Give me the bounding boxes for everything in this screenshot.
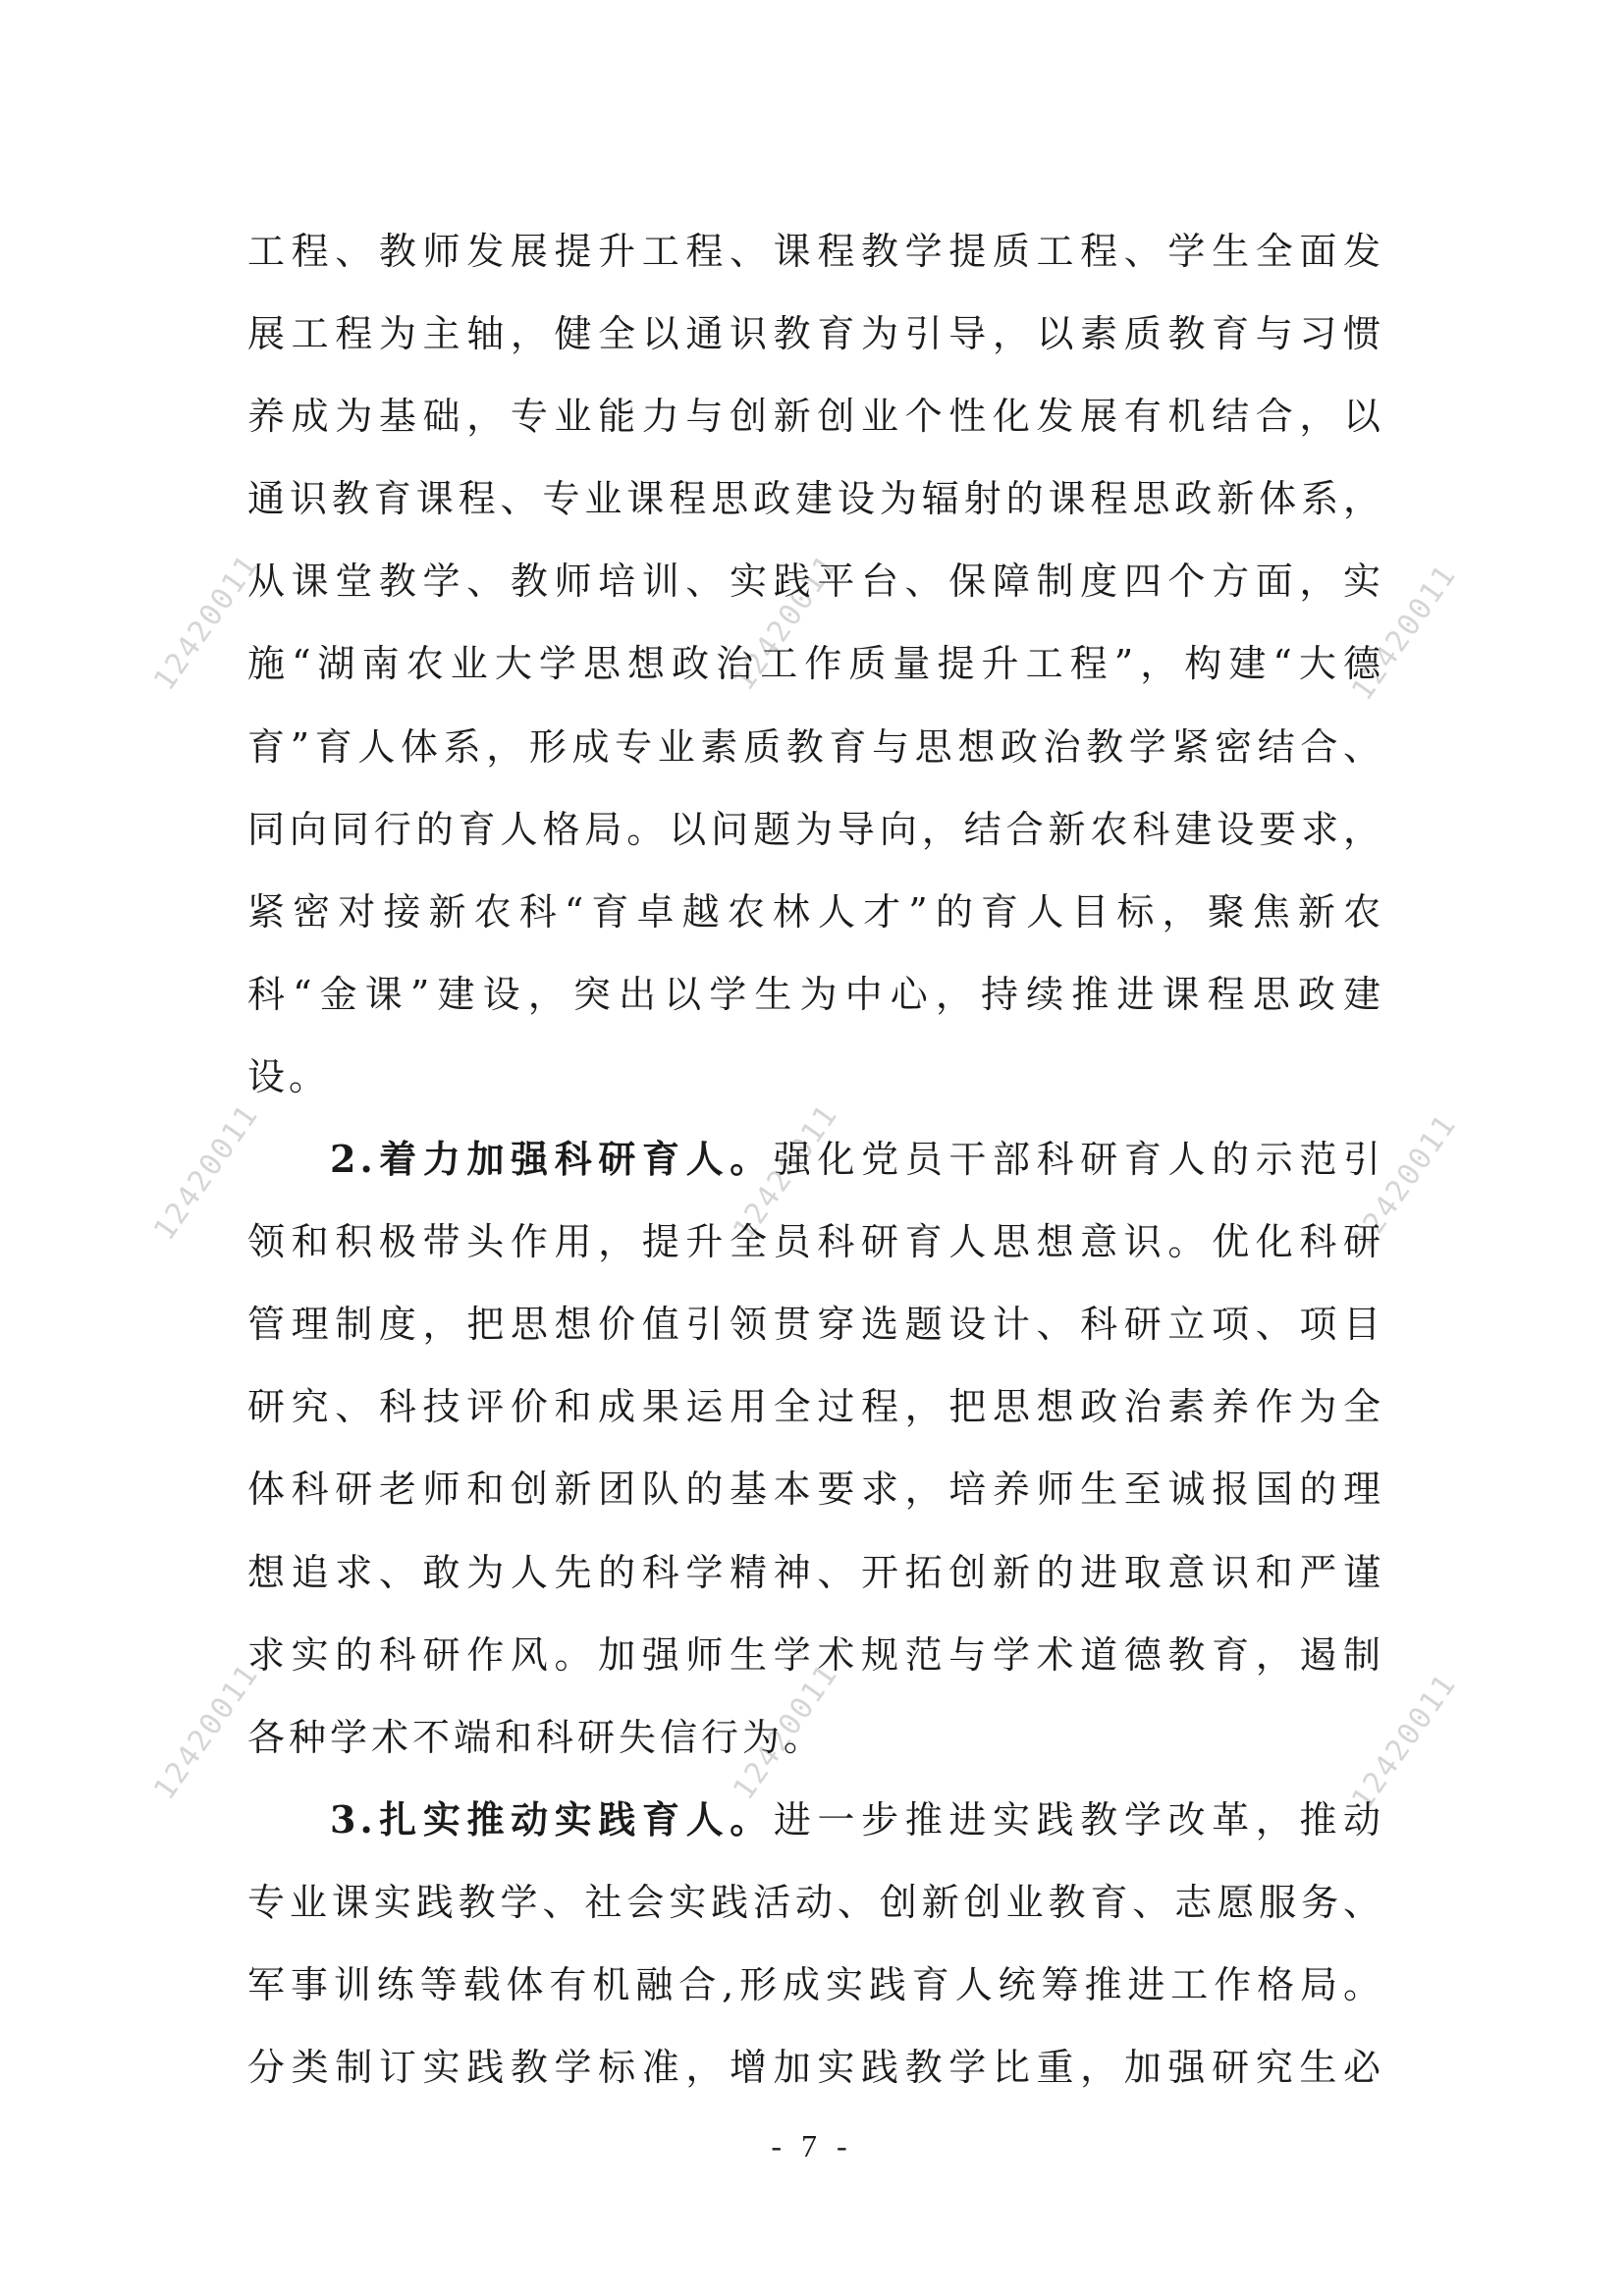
- text-line: 紧密对接新农科“育卓越农林人才”的育人目标，聚焦新农: [247, 881, 1384, 964]
- page-number: - 7 -: [0, 2128, 1624, 2164]
- text-span: 强化党员干部科研育人的示范引: [774, 1138, 1384, 1181]
- text-line: 养成为基础，专业能力与创新创业个性化发展有机结合，以: [247, 386, 1384, 468]
- text-line: 想追求、敢为人先的科学精神、开拓创新的进取意识和严谨: [247, 1542, 1384, 1625]
- text-line: 从课堂教学、教师培训、实践平台、保障制度四个方面，实: [247, 551, 1384, 633]
- text-line: 管理制度，把思想价值引领贯穿选题设计、科研立项、项目: [247, 1294, 1384, 1376]
- text-line: 研究、科技评价和成果运用全过程，把思想政治素养作为全: [247, 1376, 1384, 1459]
- text-line: 2.着力加强科研育人。强化党员干部科研育人的示范引: [247, 1129, 1384, 1211]
- text-line: 科“金课”建设，突出以学生为中心，持续推进课程思政建: [247, 964, 1384, 1046]
- text-line: 分类制订实践教学标准，增加实践教学比重，加强研究生必: [247, 2037, 1384, 2119]
- text-line: 专业课实践教学、社会实践活动、创新创业教育、志愿服务、: [247, 1872, 1384, 1954]
- text-line: 求实的科研作风。加强师生学术规范与学术道德教育，遏制: [247, 1625, 1384, 1707]
- paragraph-research-education: 2.着力加强科研育人。强化党员干部科研育人的示范引 领和积极带头作用，提升全员科…: [247, 1129, 1384, 1789]
- text-line: 各种学术不端和科研失信行为。: [247, 1707, 1384, 1789]
- text-line: 体科研老师和创新团队的基本要求，培养师生至诚报国的理: [247, 1459, 1384, 1541]
- text-line: 领和积极带头作用，提升全员科研育人思想意识。优化科研: [247, 1211, 1384, 1294]
- text-line: 育”育人体系，形成专业素质教育与思想政治教学紧密结合、: [247, 717, 1384, 799]
- paragraph-practice-education: 3.扎实推动实践育人。进一步推进实践教学改革，推动 专业课实践教学、社会实践活动…: [247, 1789, 1384, 2119]
- section-heading: 3.扎实推动实践育人。: [330, 1797, 774, 1842]
- text-line: 工程、教师发展提升工程、课程教学提质工程、学生全面发: [247, 221, 1384, 303]
- text-line: 3.扎实推动实践育人。进一步推进实践教学改革，推动: [247, 1789, 1384, 1872]
- text-line: 展工程为主轴，健全以通识教育为引导，以素质教育与习惯: [247, 303, 1384, 386]
- text-line: 施“湖南农业大学思想政治工作质量提升工程”，构建“大德: [247, 633, 1384, 716]
- document-body: 工程、教师发展提升工程、课程教学提质工程、学生全面发 展工程为主轴，健全以通识教…: [247, 221, 1384, 2119]
- text-line: 设。: [247, 1046, 1384, 1129]
- text-line: 同向同行的育人格局。以问题为导向，结合新农科建设要求，: [247, 799, 1384, 881]
- paragraph-curriculum: 工程、教师发展提升工程、课程教学提质工程、学生全面发 展工程为主轴，健全以通识教…: [247, 221, 1384, 1129]
- text-span: 进一步推进实践教学改革，推动: [774, 1798, 1384, 1842]
- text-line: 军事训练等载体有机融合,形成实践育人统筹推进工作格局。: [247, 1954, 1384, 2037]
- document-page: 12420011 12420011 12420011 12420011 1242…: [0, 0, 1624, 2296]
- section-heading: 2.着力加强科研育人。: [330, 1137, 774, 1181]
- text-line: 通识教育课程、专业课程思政建设为辐射的课程思政新体系，: [247, 468, 1384, 551]
